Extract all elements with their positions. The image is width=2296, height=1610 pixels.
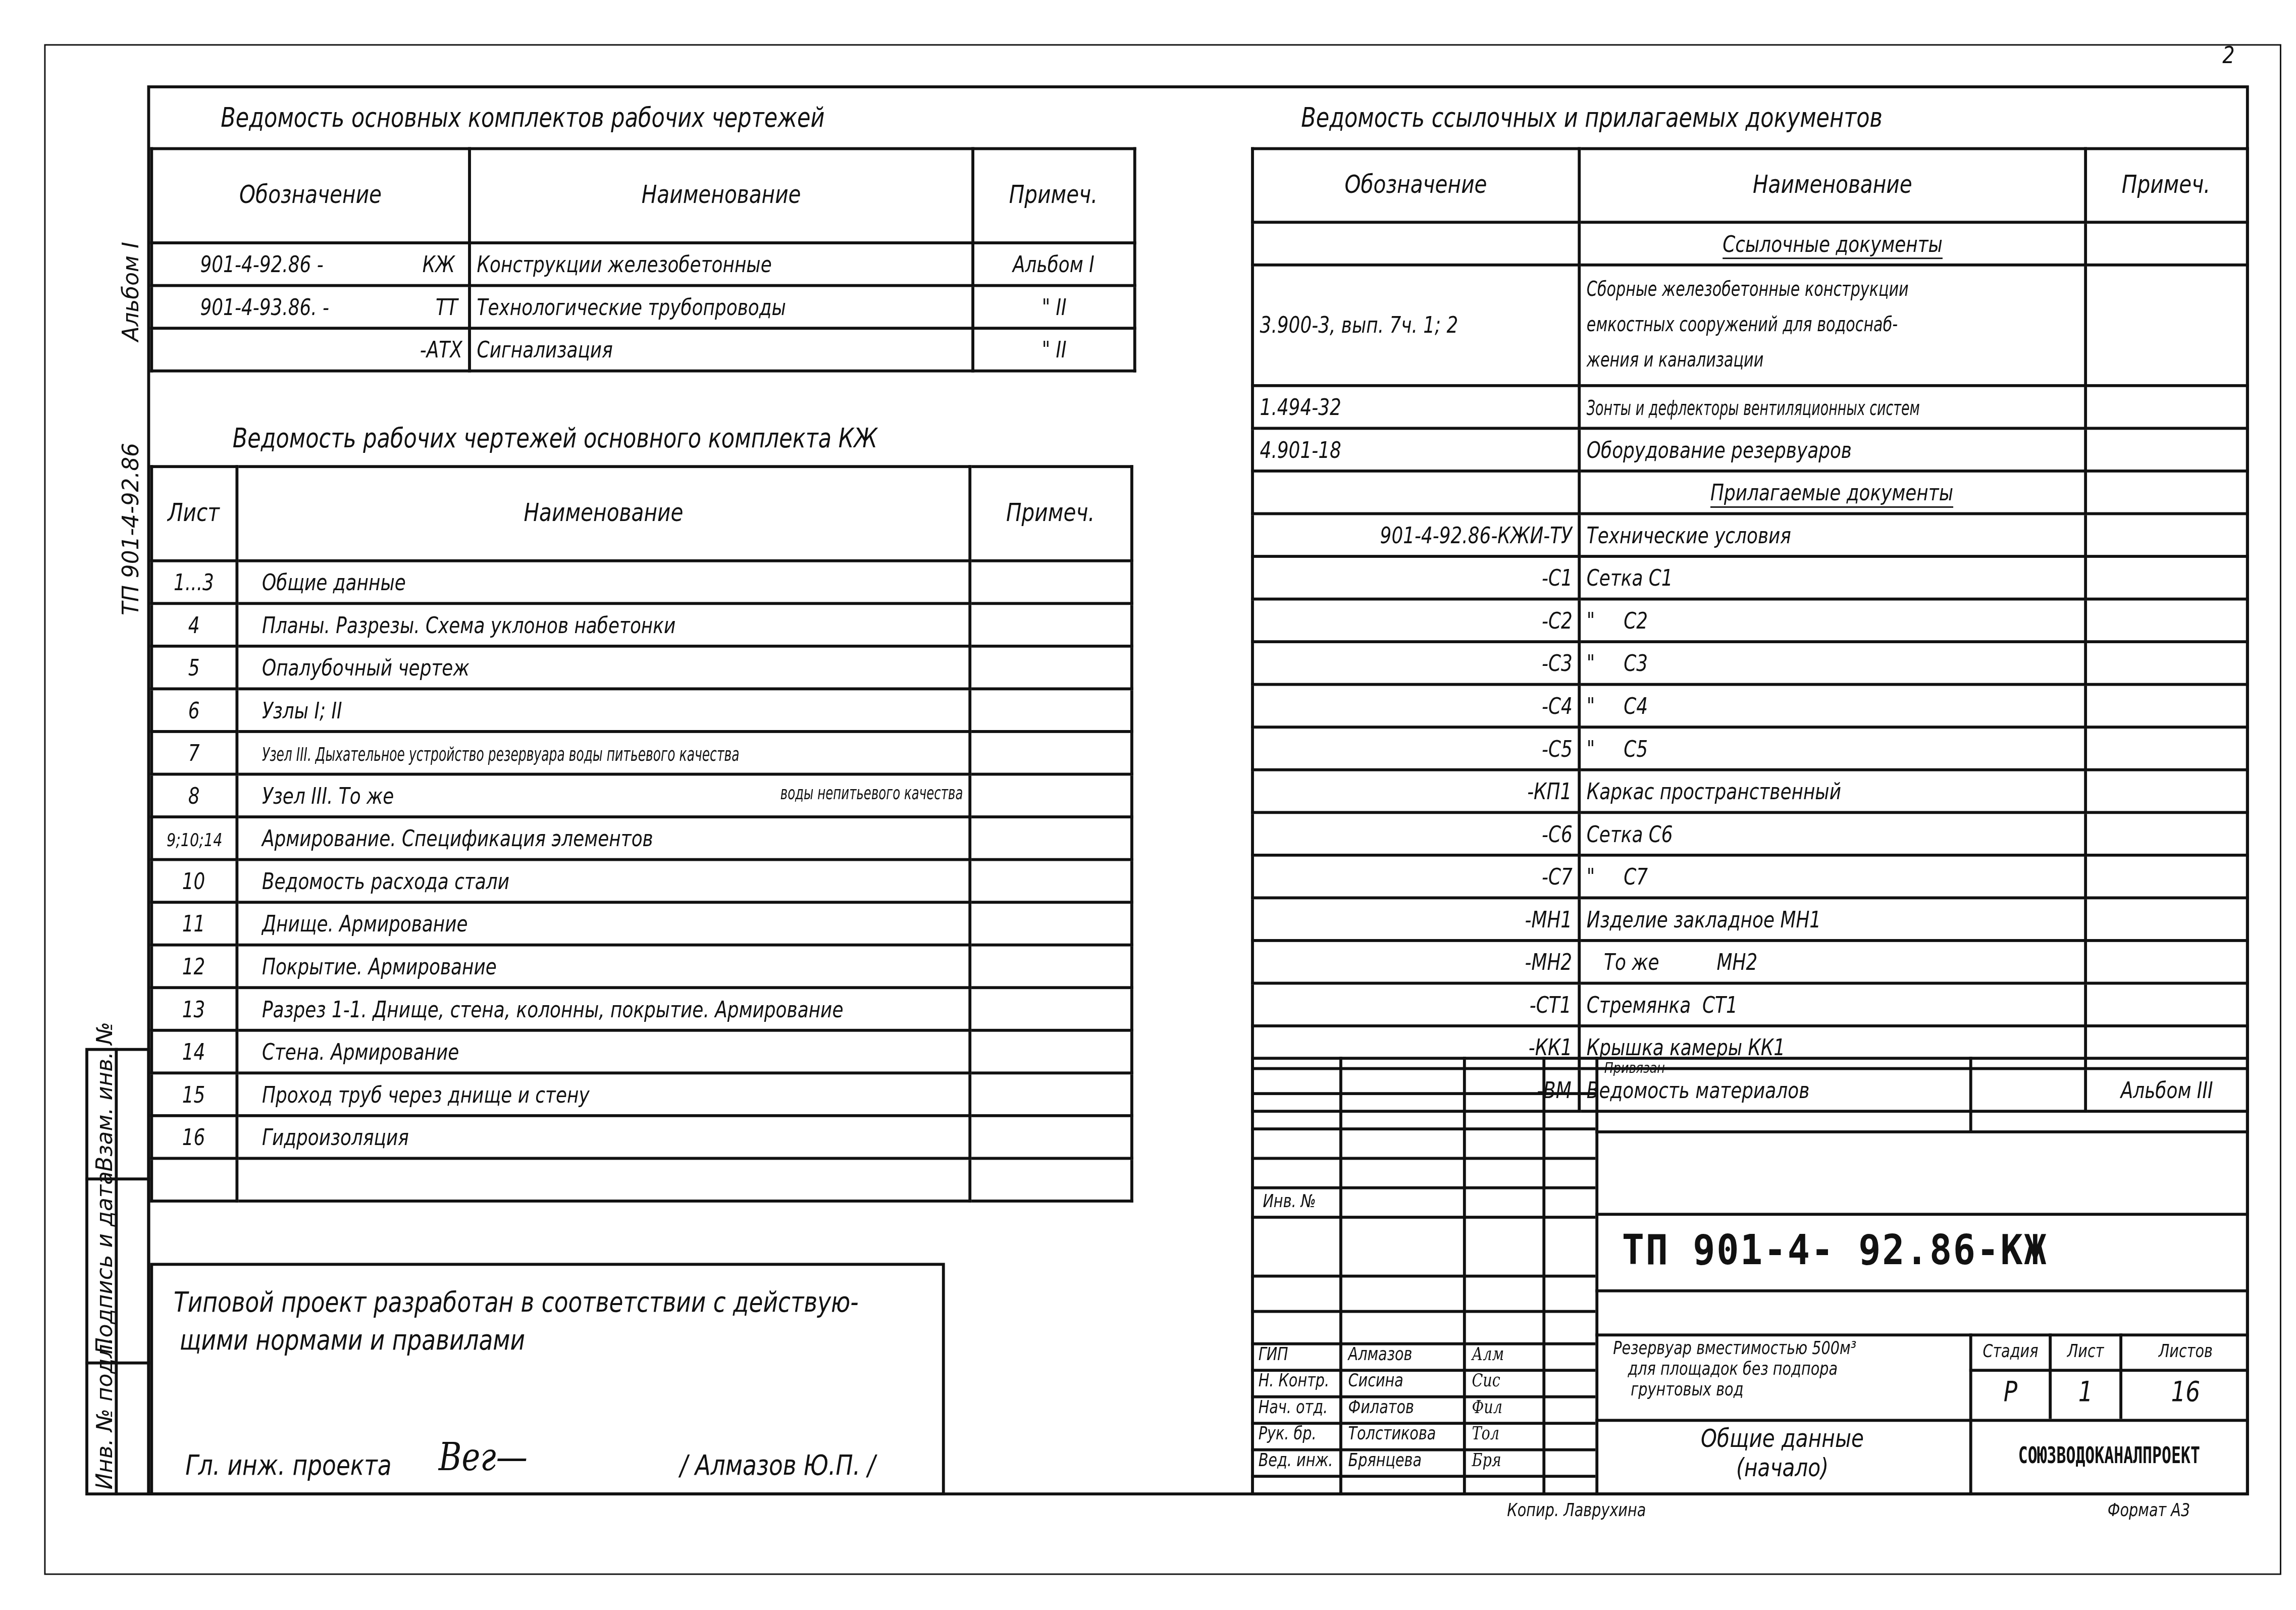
designation-cell: -С3 — [1253, 642, 1579, 685]
note-cell: " II — [973, 286, 1135, 329]
name-cell: То же МН2 — [1579, 941, 2085, 983]
album-label: Альбом I — [118, 242, 144, 341]
title-block-divider — [1595, 1057, 1598, 1495]
sheet-cell: 14 — [151, 1030, 237, 1073]
note-cell — [970, 732, 1132, 774]
name-cell: Стена. Армирование — [237, 1030, 970, 1073]
stamp-field-replacement-inv: Взам. инв. № — [91, 1022, 118, 1172]
note-cell — [2085, 983, 2248, 1026]
name-cell: Технические условия — [1579, 513, 2085, 556]
note-cell — [970, 774, 1132, 817]
refs-docs-table: Обозначение Наименование Примеч. Ссылочн… — [1251, 147, 2249, 1113]
sheets-header: Листов — [2134, 1342, 2238, 1360]
table-row: 5Опалубочный чертеж — [151, 646, 1132, 689]
designation-cell: 901-4-92.86-КЖИ-ТУ — [1253, 513, 1579, 556]
signer-name: Филатов — [1348, 1398, 1414, 1416]
note-cell — [2085, 265, 2248, 386]
grid-row — [1251, 1275, 1595, 1278]
sheet-cell: 6 — [151, 689, 237, 732]
title-row-line — [1595, 1213, 2249, 1216]
table-row: 4Планы. Разрезы. Схема уклонов набетонки — [151, 603, 1132, 646]
table-row: 8Узел III. То жеводы непитьевого качеств… — [151, 774, 1132, 817]
chief-engineer-label: Гл. инж. проекта — [185, 1452, 391, 1480]
sheet-cell: 11 — [151, 902, 237, 945]
note-cell — [970, 646, 1132, 689]
signer-role: Нач. отд. — [1259, 1398, 1328, 1416]
name-cell: Каркас пространственный — [1579, 770, 2085, 813]
grid-row — [1251, 1475, 1595, 1478]
grid-row — [1251, 1092, 1595, 1095]
table-row: 16Гидроизоляция — [151, 1116, 1132, 1159]
name-cell: Конструкции железобетонные — [469, 243, 973, 286]
note-cell — [2085, 599, 2248, 642]
table-row: 15Проход труб через днище и стену — [151, 1073, 1132, 1116]
note-cell — [970, 603, 1132, 646]
kzh-drawings-table: Лист Наименование Примеч. 1...3Общие дан… — [150, 465, 1133, 1203]
designation-cell: -С5 — [1253, 727, 1579, 770]
sheet-value: 1 — [2058, 1379, 2113, 1407]
sheet-cell — [151, 1158, 237, 1201]
name-cell: Ведомость расхода стали — [237, 860, 970, 903]
note-cell — [2085, 642, 2248, 685]
designation-cell: -С2 — [1253, 599, 1579, 642]
title-row-line — [1595, 1419, 2249, 1422]
table-row: 1.494-32 Зонты и дефлекторы вентиляционн… — [1253, 386, 2248, 429]
sheet-cell: 1...3 — [151, 561, 237, 604]
note-cell — [970, 1030, 1132, 1073]
chief-engineer-name: / Алмазов Ю.П. / — [680, 1452, 875, 1480]
bound-divider — [1969, 1057, 1972, 1130]
note-cell — [2085, 727, 2248, 770]
refs-table-title: Ведомость ссылочных и прилагаемых докуме… — [1301, 106, 1883, 132]
grid-row — [1251, 1310, 1595, 1313]
note-cell — [2085, 898, 2248, 941]
header-name: Наименование — [1579, 148, 2085, 222]
stamp-field-signature-date: Подпись и дата — [91, 1171, 118, 1354]
name-cell: Узлы I; II — [237, 689, 970, 732]
note-line-2: щими нормами и правилами — [180, 1328, 525, 1356]
table-row: 901-4-92.86-КЖИ-ТУТехнические условия — [1253, 513, 2248, 556]
signer-name: Толстикова — [1348, 1425, 1436, 1442]
copied-by: Копир. Лаврухина — [1507, 1501, 1646, 1519]
stage-col-divider — [2119, 1333, 2122, 1419]
note-cell — [2085, 770, 2248, 813]
grid-row — [1251, 1127, 1595, 1130]
section-label: Прилагаемые документы — [1579, 471, 2085, 514]
name-cell: Технологические трубопроводы — [469, 286, 973, 329]
table-row: -С7" С7 — [1253, 855, 2248, 898]
object-title-line: грунтовых вод — [1631, 1381, 1743, 1398]
stage-header: Стадия — [1979, 1342, 2042, 1360]
name-cell: Сборные железобетонные конструкции емкос… — [1579, 265, 2085, 386]
designation-cell: 901-4-93.86. -ТТ — [151, 286, 469, 329]
name-cell: " С4 — [1579, 685, 2085, 728]
table-row: -С5" С5 — [1253, 727, 2248, 770]
sheet-cell: 16 — [151, 1116, 237, 1159]
designation-cell: -С4 — [1253, 685, 1579, 728]
sheet-cell: 8 — [151, 774, 237, 817]
table-row: -С6Сетка С6 — [1253, 812, 2248, 855]
note-cell — [2085, 685, 2248, 728]
sheet-cell: 13 — [151, 988, 237, 1030]
name-cell: Планы. Разрезы. Схема уклонов набетонки — [237, 603, 970, 646]
table-row: -С2" С2 — [1253, 599, 2248, 642]
designation-cell: 901-4-92.86 -КЖ — [151, 243, 469, 286]
drawing-designation: ТП 901-4- 92.86-КЖ — [1622, 1230, 2048, 1272]
table-row: -МН2 То же МН2 — [1253, 941, 2248, 983]
name-cell: Узел III. Дыхательное устройство резерву… — [237, 732, 970, 774]
name-cell: Гидроизоляция — [237, 1116, 970, 1159]
header-name: Наименование — [237, 466, 970, 561]
note-cell — [970, 1116, 1132, 1159]
designation-cell: 4.901-18 — [1253, 428, 1579, 471]
note-cell — [2085, 428, 2248, 471]
object-title-line: Резервуар вместимостью 500м³ — [1613, 1339, 1856, 1357]
name-cell: Разрез 1-1. Днище, стена, колонны, покры… — [237, 988, 970, 1030]
designation-cell: -МН1 — [1253, 898, 1579, 941]
designation-cell: -МН2 — [1253, 941, 1579, 983]
drawing-sheet: 2 Альбом I ТП 901-4-92.86 Взам. инв. № П… — [0, 0, 2296, 1610]
empty-cell — [2085, 471, 2248, 514]
grid-row — [1251, 1216, 1595, 1219]
name-cell: Общие данные — [237, 561, 970, 604]
designation-cell: -СТ1 — [1253, 983, 1579, 1026]
main-sets-header-row: Обозначение Наименование Примеч. — [151, 148, 1134, 243]
note-cell — [970, 689, 1132, 732]
signer-role: Рук. бр. — [1259, 1425, 1317, 1442]
section-row-attached: Прилагаемые документы — [1253, 471, 2248, 514]
name-cell: Стремянка СТ1 — [1579, 983, 2085, 1026]
sheet-title-line: (начало) — [1629, 1457, 1936, 1482]
kzh-header-row: Лист Наименование Примеч. — [151, 466, 1132, 561]
signer-name: Сисина — [1348, 1372, 1403, 1389]
signer-name: Брянцева — [1348, 1451, 1422, 1469]
table-row: 9;10;14Армирование. Спецификация элемент… — [151, 817, 1132, 860]
header-name: Наименование — [469, 148, 973, 243]
title-row-line — [1595, 1289, 2249, 1292]
table-row — [151, 1158, 1132, 1201]
title-row-line — [1595, 1333, 2249, 1336]
grid-row — [1251, 1342, 1595, 1345]
table-row: 3.900-3, вып. 7ч. 1; 2 Сборные железобет… — [1253, 265, 2248, 386]
header-note: Примеч. — [2085, 148, 2248, 222]
name-cell: " С7 — [1579, 855, 2085, 898]
sheet-cell: 15 — [151, 1073, 237, 1116]
sheet-title-line: Общие данные — [1629, 1428, 1936, 1453]
designation-cell: -С1 — [1253, 556, 1579, 599]
signer-signature: Сис — [1472, 1372, 1500, 1389]
grid-row — [1251, 1186, 1595, 1189]
name-cell — [237, 1158, 970, 1201]
signer-name: Алмазов — [1348, 1345, 1413, 1363]
name-cell: Армирование. Спецификация элементов — [237, 817, 970, 860]
organization-name: СОЮЗВОДОКАНАЛПРОЕКТ — [2008, 1445, 2210, 1468]
table-row: -АТХ Сигнализация " II — [151, 328, 1134, 371]
stage-col-divider — [2049, 1333, 2052, 1419]
table-row: 6Узлы I; II — [151, 689, 1132, 732]
kzh-table-title: Ведомость рабочих чертежей основного ком… — [233, 427, 877, 453]
header-designation: Обозначение — [151, 148, 469, 243]
signer-signature: Бря — [1472, 1451, 1501, 1469]
name-cell: Изделие закладное МН1 — [1579, 898, 2085, 941]
note-cell — [970, 1158, 1132, 1201]
header-note: Примеч. — [970, 466, 1132, 561]
note-cell — [970, 561, 1132, 604]
table-row: 4.901-18 Оборудование резервуаров — [1253, 428, 2248, 471]
name-cell: Оборудование резервуаров — [1579, 428, 2085, 471]
table-row: 11Днище. Армирование — [151, 902, 1132, 945]
note-cell — [2085, 513, 2248, 556]
note-cell — [2085, 386, 2248, 429]
name-cell: Опалубочный чертеж — [237, 646, 970, 689]
name-cell: Зонты и дефлекторы вентиляционных систем — [1579, 386, 2085, 429]
name-cell: Сетка С6 — [1579, 812, 2085, 855]
table-row: 901-4-93.86. -ТТ Технологические трубопр… — [151, 286, 1134, 329]
designation-cell: 1.494-32 — [1253, 386, 1579, 429]
grid-row — [1251, 1157, 1595, 1160]
designation-cell: -КП1 — [1253, 770, 1579, 813]
section-row-referenced: Ссылочные документы — [1253, 222, 2248, 265]
main-sets-table: Обозначение Наименование Примеч. 901-4-9… — [150, 147, 1136, 373]
signer-role: Вед. инж. — [1259, 1451, 1333, 1469]
header-note: Примеч. — [973, 148, 1135, 243]
designation-cell: 3.900-3, вып. 7ч. 1; 2 — [1253, 265, 1579, 386]
note-cell — [970, 988, 1132, 1030]
signer-role: ГИП — [1259, 1345, 1288, 1363]
name-cell: " С5 — [1579, 727, 2085, 770]
note-cell — [970, 902, 1132, 945]
note-cell — [970, 945, 1132, 988]
name-cell: Сигнализация — [469, 328, 973, 371]
table-row: 10Ведомость расхода стали — [151, 860, 1132, 903]
title-row-line — [1595, 1130, 2249, 1133]
chief-engineer-signature: Вег— — [439, 1439, 528, 1478]
sheet-cell: 7 — [151, 732, 237, 774]
designation-cell: -С6 — [1253, 812, 1579, 855]
stamp-field-original-inv: Инв. № подл. — [91, 1337, 118, 1490]
designation-cell: -С7 — [1253, 855, 1579, 898]
object-title-line: для площадок без подпора — [1628, 1360, 1838, 1378]
sheet-cell: 12 — [151, 945, 237, 988]
name-cell: Узел III. То жеводы непитьевого качества — [237, 774, 970, 817]
sheet-cell: 10 — [151, 860, 237, 903]
sheet-cell: 4 — [151, 603, 237, 646]
sheet-corner-number: 2 — [2222, 44, 2234, 68]
note-cell — [970, 1073, 1132, 1116]
name-cell: Покрытие. Армирование — [237, 945, 970, 988]
signer-signature: Алм — [1472, 1345, 1504, 1363]
note-cell — [970, 860, 1132, 903]
note-cell: Альбом I — [973, 243, 1135, 286]
paper-format: Формат А3 — [2108, 1501, 2190, 1519]
table-row: -С4" С4 — [1253, 685, 2248, 728]
signer-role: Н. Контр. — [1259, 1372, 1330, 1389]
note-cell — [2085, 941, 2248, 983]
note-cell — [2085, 556, 2248, 599]
table-row: -СТ1Стремянка СТ1 — [1253, 983, 2248, 1026]
note-cell — [970, 817, 1132, 860]
refs-header-row: Обозначение Наименование Примеч. — [1253, 148, 2248, 222]
name-cell: " С2 — [1579, 599, 2085, 642]
empty-cell — [2085, 222, 2248, 265]
table-row: -КП1Каркас пространственный — [1253, 770, 2248, 813]
name-cell: Сетка С1 — [1579, 556, 2085, 599]
sheet-cell: 5 — [151, 646, 237, 689]
note-cell — [2085, 855, 2248, 898]
empty-cell — [1253, 471, 1579, 514]
table-row: -С1Сетка С1 — [1253, 556, 2248, 599]
name-cell: " С3 — [1579, 642, 2085, 685]
name-cell: Днище. Армирование — [237, 902, 970, 945]
header-designation: Обозначение — [1253, 148, 1579, 222]
table-row: 1...3Общие данные — [151, 561, 1132, 604]
table-row: -МН1Изделие закладное МН1 — [1253, 898, 2248, 941]
note-cell — [2085, 812, 2248, 855]
table-row: 7Узел III. Дыхательное устройство резерв… — [151, 732, 1132, 774]
table-row: 14Стена. Армирование — [151, 1030, 1132, 1073]
empty-cell — [1253, 222, 1579, 265]
stage-header-line — [1969, 1369, 2249, 1372]
table-row: 13Разрез 1-1. Днище, стена, колонны, пок… — [151, 988, 1132, 1030]
signer-signature: Фил — [1472, 1398, 1502, 1416]
table-row: 901-4-92.86 -КЖ Конструкции железобетонн… — [151, 243, 1134, 286]
sheet-header: Лист — [2058, 1342, 2113, 1360]
stage-value: Р — [1979, 1379, 2042, 1407]
sheet-cell: 9;10;14 — [151, 817, 237, 860]
header-sheet: Лист — [151, 466, 237, 561]
main-sets-title: Ведомость основных комплектов рабочих че… — [221, 106, 824, 132]
designation-cell: -АТХ — [151, 328, 469, 371]
stage-block-divider — [1969, 1333, 1972, 1495]
name-cell: Проход труб через днище и стену — [237, 1073, 970, 1116]
bound-label: Привязан — [1604, 1063, 1665, 1077]
note-line-1: Типовой проект разработан в соответствии… — [174, 1289, 859, 1317]
note-cell: " II — [973, 328, 1135, 371]
table-row: 12Покрытие. Армирование — [151, 945, 1132, 988]
signer-signature: Тол — [1472, 1425, 1499, 1442]
inv-number-label: Инв. № — [1263, 1192, 1316, 1210]
project-code-vertical: ТП 901-4-92.86 — [118, 443, 144, 615]
section-label: Ссылочные документы — [1579, 222, 2085, 265]
sheets-value: 16 — [2134, 1379, 2238, 1407]
table-row: -С3" С3 — [1253, 642, 2248, 685]
